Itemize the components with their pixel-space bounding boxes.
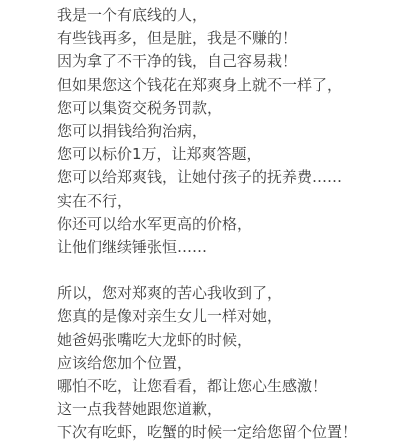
text-line: 所以，您对郑爽的苦心我收到了， [57, 282, 407, 305]
text-line: 您真的是像对亲生女儿一样对她， [57, 305, 407, 328]
text-line: 您可以标价1万，让郑爽答题， [57, 143, 407, 166]
text-document: 我是一个有底线的人， 有些钱再多，但是脏，我是不赚的！ 因为拿了不干净的钱，自己… [0, 0, 413, 444]
text-line: 让他们继续锤张恒…… [57, 236, 407, 259]
text-line: 但如果您这个钱花在郑爽身上就不一样了， [57, 74, 407, 97]
text-line: 她爸妈张嘴吃大龙虾的时候， [57, 329, 407, 352]
paragraph-2: 所以，您对郑爽的苦心我收到了， 您真的是像对亲生女儿一样对她， 她爸妈张嘴吃大龙… [57, 282, 407, 444]
text-line: 这一点我替她跟您道歉， [57, 398, 407, 421]
text-line: 你还可以给水军更高的价格， [57, 213, 407, 236]
text-line: 有些钱再多，但是脏，我是不赚的！ [57, 27, 407, 50]
paragraph-1: 我是一个有底线的人， 有些钱再多，但是脏，我是不赚的！ 因为拿了不干净的钱，自己… [57, 4, 407, 259]
text-line: 哪怕不吃，让您看看，都让您心生感激！ [57, 375, 407, 398]
text-line: 实在不行， [57, 190, 407, 213]
text-line: 您可以捐钱给狗治病， [57, 120, 407, 143]
paragraph-gap [57, 259, 407, 282]
text-line: 我是一个有底线的人， [57, 4, 407, 27]
text-line: 您可以集资交税务罚款， [57, 97, 407, 120]
text-line: 因为拿了不干净的钱，自己容易栽！ [57, 50, 407, 73]
text-line: 下次有吃虾，吃蟹的时候一定给您留个位置！ [57, 421, 407, 444]
text-line: 您可以给郑爽钱，让她付孩子的抚养费…… [57, 166, 407, 189]
text-line: 应该给您加个位置， [57, 352, 407, 375]
